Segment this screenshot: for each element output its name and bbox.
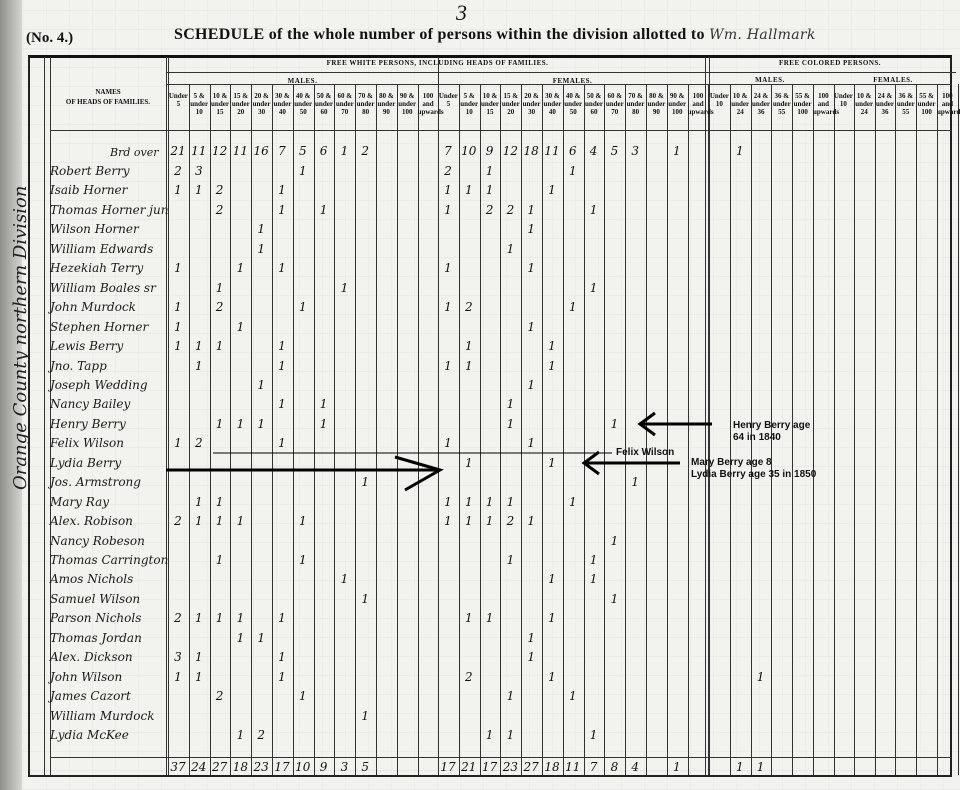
annotation-line: Henry Berry age (733, 420, 810, 432)
annotation-line: Lydia Berry age 35 in 1850 (691, 469, 816, 481)
annotation-mary-lydia-berry: Mary Berry age 8 Lydia Berry age 35 in 1… (691, 457, 816, 481)
annotation-felix-wilson: Felix Wilson (616, 447, 674, 459)
annotation-henry-berry: Henry Berry age 64 in 1840 (733, 420, 810, 444)
annotation-arrows (0, 0, 960, 790)
annotation-line: Mary Berry age 8 (691, 457, 816, 469)
annotation-line: 64 in 1840 (733, 432, 810, 444)
census-page: (No. 4.) 3 SCHEDULE of the whole number … (0, 0, 960, 790)
